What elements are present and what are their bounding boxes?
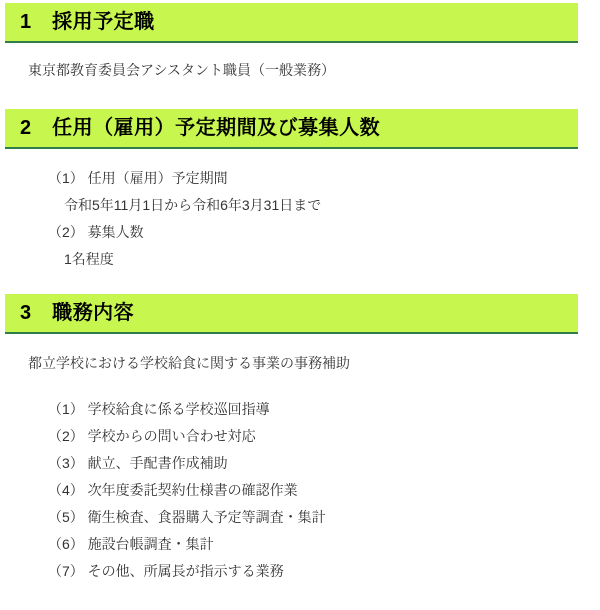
list-item: （4） 次年度委託契約仕様書の確認作業 [48,477,600,504]
list-item: （6） 施設台帳調査・集計 [48,531,600,558]
section-2-header: 2 任用（雇用）予定期間及び募集人数 [5,109,578,149]
list-item: （2） 募集人数 [48,219,600,246]
section-3-header: 3 職務内容 [5,294,578,334]
section-1-heading: 1 採用予定職 [20,11,155,33]
list-item: （5） 衛生検査、食器購入予定等調査・集計 [48,504,600,531]
section-2-heading: 2 任用（雇用）予定期間及び募集人数 [20,117,380,139]
section-1-paragraph: 東京都教育委員会アシスタント職員（一般業務） [28,61,578,79]
document: 1 採用予定職 東京都教育委員会アシスタント職員（一般業務） 2 任用（雇用）予… [0,0,600,585]
section-3-paragraph: 都立学校における学校給食に関する事業の事務補助 [28,354,578,372]
list-item: （3） 献立、手配書作成補助 [48,450,600,477]
section-3-list: （1） 学校給食に係る学校巡回指導 （2） 学校からの問い合わせ対応 （3） 献… [0,396,600,585]
section-2-list: （1） 任用（雇用）予定期間 令和5年11月1日から令和6年3月31日まで （2… [0,165,600,273]
list-item: （7） その他、所属長が指示する業務 [48,558,600,585]
list-item-detail: 1名程度 [64,246,600,273]
section-1-header: 1 採用予定職 [5,3,578,43]
list-item: （2） 学校からの問い合わせ対応 [48,423,600,450]
list-item: （1） 任用（雇用）予定期間 [48,165,600,192]
section-3-heading: 3 職務内容 [20,302,134,324]
list-item-detail: 令和5年11月1日から令和6年3月31日まで [64,192,600,219]
list-item: （1） 学校給食に係る学校巡回指導 [48,396,600,423]
